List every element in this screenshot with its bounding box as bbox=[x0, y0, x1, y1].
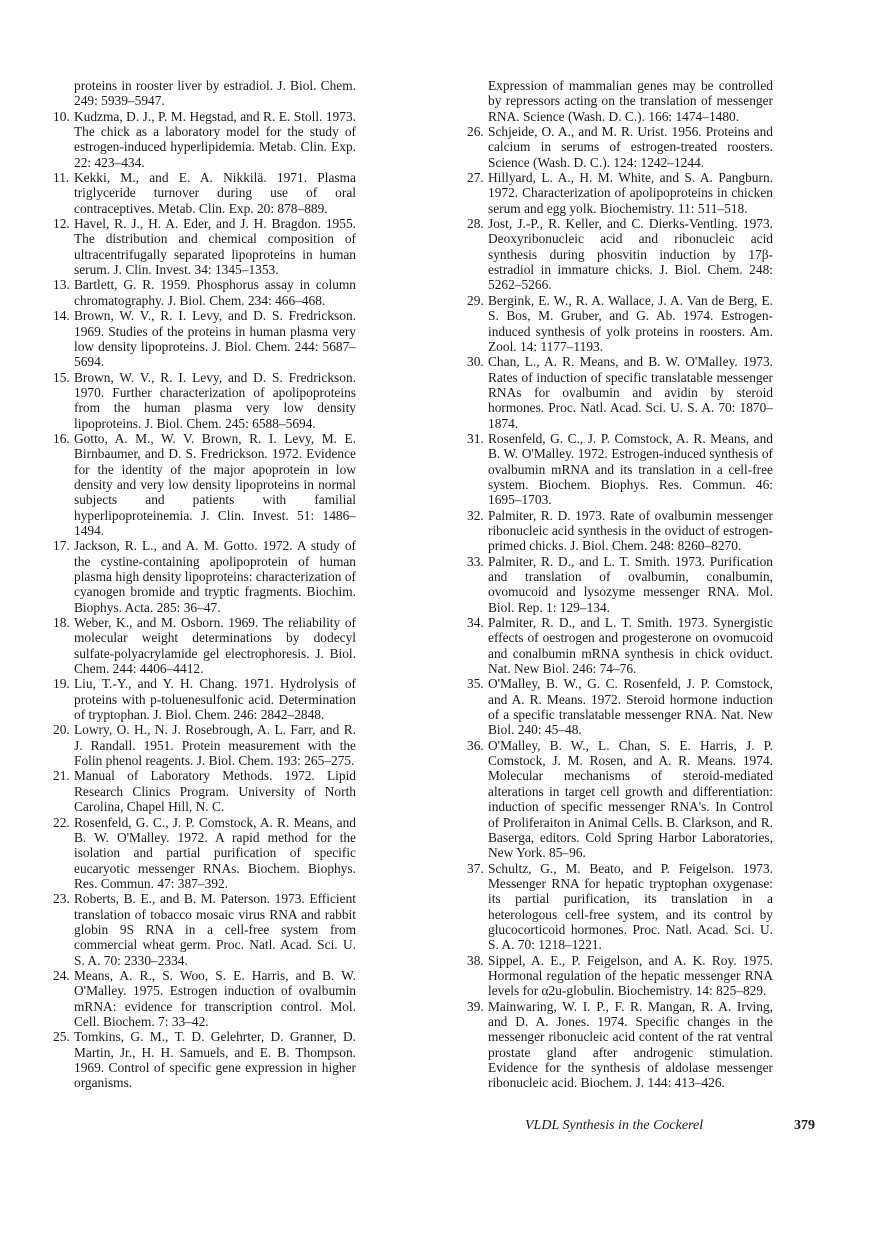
reference-entry: 17.Jackson, R. L., and A. M. Gotto. 1972… bbox=[53, 538, 356, 615]
reference-entry: 35.O'Malley, B. W., G. C. Rosenfeld, J. … bbox=[467, 676, 773, 737]
reference-text: Roberts, B. E., and B. M. Paterson. 1973… bbox=[74, 891, 356, 968]
reference-number: 35. bbox=[467, 676, 484, 691]
reference-text: Rosenfeld, G. C., J. P. Comstock, A. R. … bbox=[74, 815, 356, 892]
reference-entry: 39.Mainwaring, W. I. P., F. R. Mangan, R… bbox=[467, 999, 773, 1091]
reference-text: Palmiter, R. D. 1973. Rate of ovalbumin … bbox=[488, 508, 773, 554]
reference-text: Liu, T.-Y., and Y. H. Chang. 1971. Hydro… bbox=[74, 676, 356, 722]
reference-entry: 20.Lowry, O. H., N. J. Rosebrough, A. L.… bbox=[53, 722, 356, 768]
reference-entry: 37.Schultz, G., M. Beato, and P. Feigels… bbox=[467, 861, 773, 953]
reference-text: Brown, W. V., R. I. Levy, and D. S. Fred… bbox=[74, 370, 356, 431]
reference-entry: 28.Jost, J.-P., R. Keller, and C. Dierks… bbox=[467, 216, 773, 293]
reference-entry: 23.Roberts, B. E., and B. M. Paterson. 1… bbox=[53, 891, 356, 968]
page-footer: VLDL Synthesis in the Cockerel 379 bbox=[525, 1118, 875, 1134]
reference-number: 13. bbox=[53, 277, 70, 292]
reference-text: Chan, L., A. R. Means, and B. W. O'Malle… bbox=[488, 354, 773, 431]
reference-number: 28. bbox=[467, 216, 484, 231]
reference-entry: 38.Sippel, A. E., P. Feigelson, and A. K… bbox=[467, 953, 773, 999]
reference-number: 24. bbox=[53, 968, 70, 983]
reference-entry: 16.Gotto, A. M., W. V. Brown, R. I. Levy… bbox=[53, 431, 356, 538]
reference-entry: 14.Brown, W. V., R. I. Levy, and D. S. F… bbox=[53, 308, 356, 369]
reference-text: Kekki, M., and E. A. Nikkilä. 1971. Plas… bbox=[74, 170, 356, 216]
reference-number: 25. bbox=[53, 1029, 70, 1044]
reference-entry: 24.Means, A. R., S. Woo, S. E. Harris, a… bbox=[53, 968, 356, 1029]
reference-entry: 10.Kudzma, D. J., P. M. Hegstad, and R. … bbox=[53, 109, 356, 170]
reference-entry: 21.Manual of Laboratory Methods. 1972. L… bbox=[53, 768, 356, 814]
reference-entry: 32.Palmiter, R. D. 1973. Rate of ovalbum… bbox=[467, 508, 773, 554]
reference-number: 19. bbox=[53, 676, 70, 691]
reference-text: Gotto, A. M., W. V. Brown, R. I. Levy, M… bbox=[74, 431, 356, 538]
reference-number: 39. bbox=[467, 999, 484, 1014]
reference-number: 16. bbox=[53, 431, 70, 446]
reference-entry: 30.Chan, L., A. R. Means, and B. W. O'Ma… bbox=[467, 354, 773, 431]
reference-text: Schjeide, O. A., and M. R. Urist. 1956. … bbox=[488, 124, 773, 170]
reference-number: 20. bbox=[53, 722, 70, 737]
reference-number: 18. bbox=[53, 615, 70, 630]
reference-entry: 13.Bartlett, G. R. 1959. Phosphorus assa… bbox=[53, 277, 356, 308]
reference-number: 31. bbox=[467, 431, 484, 446]
reference-number: 12. bbox=[53, 216, 70, 231]
reference-text: Means, A. R., S. Woo, S. E. Harris, and … bbox=[74, 968, 356, 1029]
references-left-column: proteins in rooster liver by estradiol. … bbox=[53, 78, 356, 1091]
reference-entry: Expression of mammalian genes may be con… bbox=[467, 78, 773, 124]
reference-text: Schultz, G., M. Beato, and P. Feigelson.… bbox=[488, 861, 773, 953]
reference-number: 21. bbox=[53, 768, 70, 783]
reference-number: 10. bbox=[53, 109, 70, 124]
running-title: VLDL Synthesis in the Cockerel bbox=[525, 1118, 703, 1133]
page-number: 379 bbox=[794, 1118, 815, 1134]
reference-text: O'Malley, B. W., G. C. Rosenfeld, J. P. … bbox=[488, 676, 773, 737]
reference-text: Jost, J.-P., R. Keller, and C. Dierks-Ve… bbox=[488, 216, 773, 293]
reference-number: 27. bbox=[467, 170, 484, 185]
reference-number: 15. bbox=[53, 370, 70, 385]
reference-number: 34. bbox=[467, 615, 484, 630]
reference-entry: 19.Liu, T.-Y., and Y. H. Chang. 1971. Hy… bbox=[53, 676, 356, 722]
reference-entry: 27.Hillyard, L. A., H. M. White, and S. … bbox=[467, 170, 773, 216]
references-right-column: Expression of mammalian genes may be con… bbox=[467, 78, 773, 1091]
reference-entry: 15.Brown, W. V., R. I. Levy, and D. S. F… bbox=[53, 370, 356, 431]
reference-text: Hillyard, L. A., H. M. White, and S. A. … bbox=[488, 170, 773, 216]
reference-text: Palmiter, R. D., and L. T. Smith. 1973. … bbox=[488, 615, 773, 676]
reference-text: Expression of mammalian genes may be con… bbox=[488, 78, 773, 124]
reference-number: 37. bbox=[467, 861, 484, 876]
reference-entry: 12.Havel, R. J., H. A. Eder, and J. H. B… bbox=[53, 216, 356, 277]
reference-number: 30. bbox=[467, 354, 484, 369]
reference-text: Jackson, R. L., and A. M. Gotto. 1972. A… bbox=[74, 538, 356, 615]
reference-number: 32. bbox=[467, 508, 484, 523]
reference-number: 17. bbox=[53, 538, 70, 553]
reference-entry: 31.Rosenfeld, G. C., J. P. Comstock, A. … bbox=[467, 431, 773, 508]
reference-entry: proteins in rooster liver by estradiol. … bbox=[53, 78, 356, 109]
reference-text: Tomkins, G. M., T. D. Gelehrter, D. Gran… bbox=[74, 1029, 356, 1090]
reference-number: 11. bbox=[53, 170, 69, 185]
reference-text: Kudzma, D. J., P. M. Hegstad, and R. E. … bbox=[74, 109, 356, 170]
reference-text: Weber, K., and M. Osborn. 1969. The reli… bbox=[74, 615, 356, 676]
reference-text: proteins in rooster liver by estradiol. … bbox=[74, 78, 356, 109]
reference-entry: 26.Schjeide, O. A., and M. R. Urist. 195… bbox=[467, 124, 773, 170]
reference-number: 23. bbox=[53, 891, 70, 906]
reference-number: 38. bbox=[467, 953, 484, 968]
reference-number: 22. bbox=[53, 815, 70, 830]
reference-text: O'Malley, B. W., L. Chan, S. E. Harris, … bbox=[488, 738, 773, 861]
reference-entry: 29.Bergink, E. W., R. A. Wallace, J. A. … bbox=[467, 293, 773, 354]
reference-text: Sippel, A. E., P. Feigelson, and A. K. R… bbox=[488, 953, 773, 999]
reference-entry: 18.Weber, K., and M. Osborn. 1969. The r… bbox=[53, 615, 356, 676]
reference-number: 36. bbox=[467, 738, 484, 753]
reference-number: 29. bbox=[467, 293, 484, 308]
reference-number: 33. bbox=[467, 554, 484, 569]
reference-entry: 25.Tomkins, G. M., T. D. Gelehrter, D. G… bbox=[53, 1029, 356, 1090]
reference-number: 14. bbox=[53, 308, 70, 323]
reference-entry: 33.Palmiter, R. D., and L. T. Smith. 197… bbox=[467, 554, 773, 615]
reference-text: Brown, W. V., R. I. Levy, and D. S. Fred… bbox=[74, 308, 356, 369]
reference-text: Bartlett, G. R. 1959. Phosphorus assay i… bbox=[74, 277, 356, 308]
reference-number: 26. bbox=[467, 124, 484, 139]
reference-text: Havel, R. J., H. A. Eder, and J. H. Brag… bbox=[74, 216, 356, 277]
reference-entry: 34.Palmiter, R. D., and L. T. Smith. 197… bbox=[467, 615, 773, 676]
reference-entry: 36.O'Malley, B. W., L. Chan, S. E. Harri… bbox=[467, 738, 773, 861]
reference-text: Rosenfeld, G. C., J. P. Comstock, A. R. … bbox=[488, 431, 773, 508]
reference-text: Palmiter, R. D., and L. T. Smith. 1973. … bbox=[488, 554, 773, 615]
reference-entry: 11.Kekki, M., and E. A. Nikkilä. 1971. P… bbox=[53, 170, 356, 216]
reference-text: Bergink, E. W., R. A. Wallace, J. A. Van… bbox=[488, 293, 773, 354]
reference-text: Lowry, O. H., N. J. Rosebrough, A. L. Fa… bbox=[74, 722, 356, 768]
reference-text: Manual of Laboratory Methods. 1972. Lipi… bbox=[74, 768, 356, 814]
reference-text: Mainwaring, W. I. P., F. R. Mangan, R. A… bbox=[488, 999, 773, 1091]
reference-entry: 22.Rosenfeld, G. C., J. P. Comstock, A. … bbox=[53, 815, 356, 892]
